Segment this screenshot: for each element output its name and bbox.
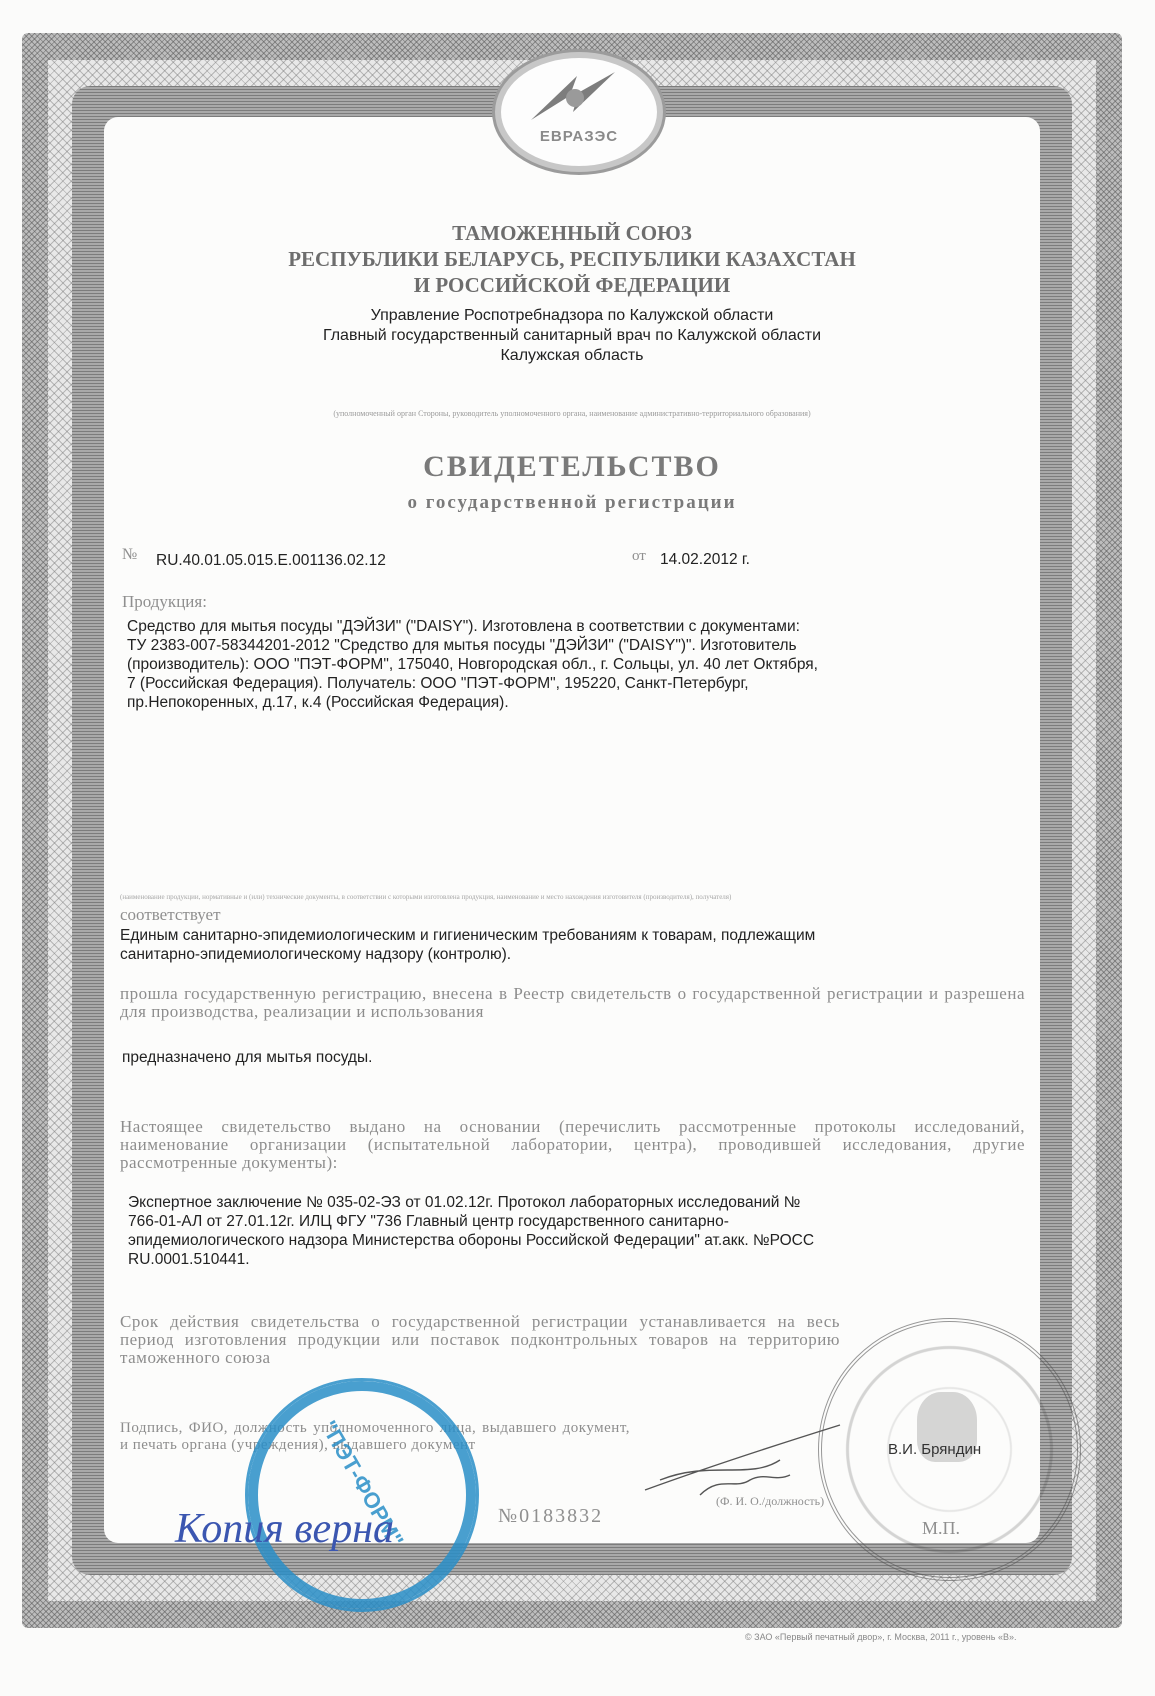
product-description: Средство для мытья посуды "ДЭЙЗИ" ("DAIS… (127, 617, 1027, 712)
company-stamp: "ПЭТ-ФОРМ" (245, 1378, 479, 1612)
document-title: СВИДЕТЕЛЬСТВО (104, 450, 1040, 484)
registration-statement: прошла государственную регистрацию, внес… (120, 985, 1025, 1021)
authority-line: Калужская область (104, 346, 1040, 366)
conformity-text: Единым санитарно-эпидемиологическим и ги… (120, 926, 1020, 964)
union-line: РЕСПУБЛИКИ БЕЛАРУСЬ, РЕСПУБЛИКИ КАЗАХСТА… (104, 246, 1040, 272)
product-line: Средство для мытья посуды "ДЭЙЗИ" ("DAIS… (127, 617, 1027, 636)
product-line: 7 (Российская Федерация). Получатель: ОО… (127, 674, 1027, 693)
certificate-date: 14.02.2012 г. (660, 551, 750, 569)
union-heading: ТАМОЖЕННЫЙ СОЮЗ РЕСПУБЛИКИ БЕЛАРУСЬ, РЕС… (104, 220, 1040, 298)
product-line: ТУ 2383-007-58344201-2012 "Средство для … (127, 636, 1027, 655)
product-line: (производитель): ООО "ПЭТ-ФОРМ", 175040,… (127, 655, 1027, 674)
authority-caption: (уполномоченный орган Стороны, руководит… (104, 409, 1040, 418)
product-line: пр.Непокоренных, д.17, к.4 (Российская Ф… (127, 693, 1027, 712)
union-line: И РОССИЙСКОЙ ФЕДЕРАЦИИ (104, 272, 1040, 298)
form-number: №0183832 (498, 1505, 603, 1528)
certificate-number: RU.40.01.05.015.Е.001136.02.12 (156, 552, 386, 570)
date-label: от (632, 548, 646, 565)
union-line: ТАМОЖЕННЫЙ СОЮЗ (104, 220, 1040, 246)
copy-certified-signature: Копия верна (175, 1505, 394, 1553)
company-stamp-name: "ПЭТ-ФОРМ" (294, 1379, 431, 1589)
basis-statement: Настоящее свидетельство выдано на основа… (120, 1118, 1025, 1172)
document-subtitle: о государственной регистрации (104, 492, 1040, 514)
conformity-line: Единым санитарно-эпидемиологическим и ги… (120, 926, 1020, 945)
product-label: Продукция: (122, 592, 207, 612)
basis-line: RU.0001.510441. (128, 1250, 1028, 1269)
official-signature-icon (640, 1420, 860, 1510)
validity-statement: Срок действия свидетельства о государств… (120, 1313, 840, 1367)
basis-documents: Экспертное заключение № 035-02-ЭЗ от 01.… (128, 1193, 1028, 1269)
basis-line: 766-01-АЛ от 27.01.12г. ИЛЦ ФГУ "736 Гла… (128, 1212, 1028, 1231)
product-purpose: предназначено для мытья посуды. (122, 1048, 1022, 1067)
product-caption: (наименование продукции, нормативные и (… (120, 893, 1025, 901)
conformity-line: санитарно-эпидемиологическому надзору (к… (120, 945, 1020, 964)
signer-name: В.И. Бряндин (888, 1441, 981, 1458)
number-label: № (122, 546, 137, 564)
conformity-label: соответствует (120, 905, 221, 925)
authority-line: Главный государственный санитарный врач … (104, 326, 1040, 346)
issuing-authority: Управление Роспотребнадзора по Калужской… (104, 306, 1040, 366)
authority-line: Управление Роспотребнадзора по Калужской… (104, 306, 1040, 326)
basis-line: Экспертное заключение № 035-02-ЭЗ от 01.… (128, 1193, 1028, 1212)
basis-line: эпидемиологического надзора Министерства… (128, 1231, 1028, 1250)
printer-footer: © ЗАО «Первый печатный двор», г. Москва,… (745, 1632, 1016, 1642)
